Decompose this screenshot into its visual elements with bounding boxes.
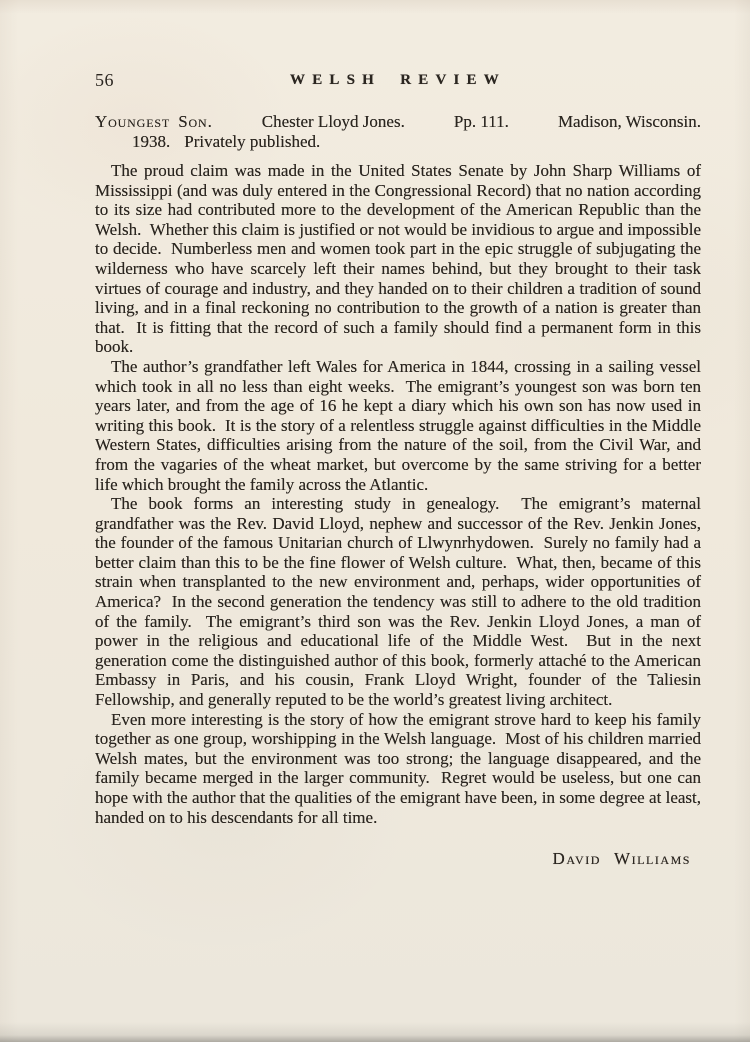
review-body: The proud claim was made in the United S… [95, 161, 701, 827]
reviewer-signature: David Williams [95, 849, 701, 869]
book-year: 1938. [132, 132, 170, 151]
review-paragraph-2: The author’s grandfather left Wales for … [95, 357, 701, 494]
running-head: 56 WELSH REVIEW [95, 70, 701, 94]
text-block: 56 WELSH REVIEW Youngest Son. Chester Ll… [95, 70, 701, 869]
review-paragraph-3: The book forms an interesting study in g… [95, 494, 701, 710]
book-author: Chester Lloyd Jones. [262, 112, 405, 132]
book-place: Madison, Wisconsin. [558, 112, 701, 132]
review-paragraph-1: The proud claim was made in the United S… [95, 161, 701, 357]
scanned-book-page: 56 WELSH REVIEW Youngest Son. Chester Ll… [0, 0, 750, 1042]
review-paragraph-4: Even more interesting is the story of ho… [95, 710, 701, 828]
book-entry-citation-line1: Youngest Son. Chester Lloyd Jones. Pp. 1… [95, 112, 701, 132]
book-publisher-note: Privately published. [184, 132, 320, 151]
book-entry-citation-line2: 1938.Privately published. [95, 132, 701, 152]
book-entry: Youngest Son. Chester Lloyd Jones. Pp. 1… [95, 112, 701, 152]
book-title: Youngest Son. [95, 112, 213, 132]
running-title: WELSH REVIEW [95, 72, 701, 89]
book-page-count: Pp. 111. [454, 112, 509, 132]
